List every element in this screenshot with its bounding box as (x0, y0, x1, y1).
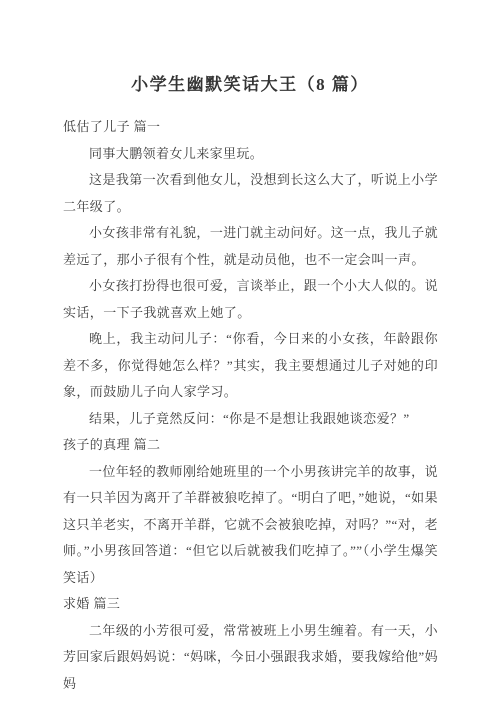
section-heading: 低估了儿子 篇一 (63, 114, 438, 141)
section-heading: 求婚 篇三 (63, 591, 438, 618)
document-page: 小学生幽默笑话大王（8 篇） 低估了儿子 篇一同事大鹏领着女儿来家里玩。这是我第… (0, 0, 500, 707)
document-title: 小学生幽默笑话大王（8 篇） (0, 0, 500, 98)
paragraph: 结果，儿子竟然反问：“你是不是想让我跟她谈恋爱？” (63, 406, 438, 433)
section-heading: 孩子的真理 篇二 (63, 432, 438, 459)
paragraph: 晚上，我主动问儿子：“你看，今日来的小女孩，年龄跟你差不多，你觉得她怎么样？”其… (63, 326, 438, 406)
paragraph: 小女孩非常有礼貌，一进门就主动问好。这一点，我儿子就差远了，那小子很有个性，就是… (63, 220, 438, 273)
paragraph: 这是我第一次看到他女儿，没想到长这么大了，听说上小学二年级了。 (63, 167, 438, 220)
paragraph: 一位年轻的教师刚给她班里的一个小男孩讲完羊的故事，说有一只羊因为离开了羊群被狼吃… (63, 459, 438, 592)
page-number: - 1 - (0, 653, 500, 663)
document-body: 低估了儿子 篇一同事大鹏领着女儿来家里玩。这是我第一次看到他女儿，没想到长这么大… (63, 114, 438, 697)
paragraph: 同事大鹏领着女儿来家里玩。 (63, 141, 438, 168)
paragraph: 小女孩打扮得也很可爱，言谈举止，跟一个小大人似的。说实话，一下子我就喜欢上她了。 (63, 273, 438, 326)
